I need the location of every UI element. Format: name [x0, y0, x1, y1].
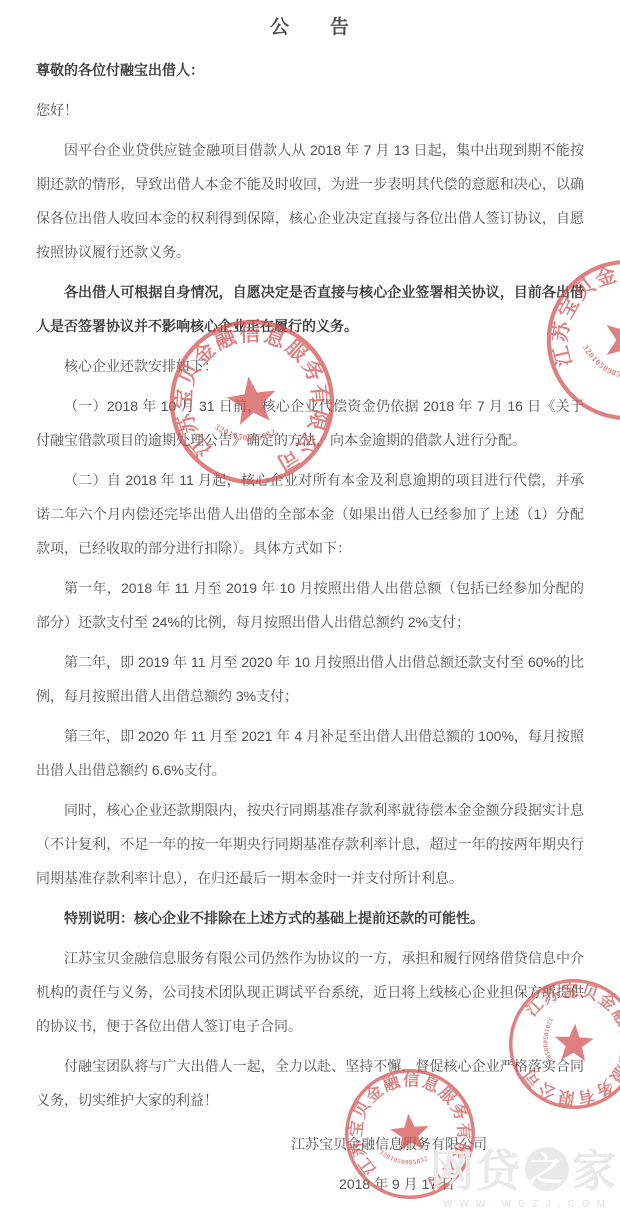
para-overview: 因平台企业贷供应链金融项目借款人从 2018 年 7 月 13 日起，集中出现到… [36, 133, 584, 269]
paragraph-list: 尊敬的各位付融宝出借人：您好！因平台企业贷供应链金融项目借款人从 2018 年 … [36, 53, 584, 1117]
announcement-page: 公 告 尊敬的各位付融宝出借人：您好！因平台企业贷供应链金融项目借款人从 201… [0, 0, 620, 1218]
site-watermark: 网贷之家 WWW.WDZJ.COM [430, 1147, 618, 1210]
para-company-role: 江苏宝贝金融信息服务有限公司仍然作为协议的一方，承担和履行网络借贷信息中介机构的… [36, 941, 584, 1043]
watermark-suffix: 家 [572, 1147, 618, 1196]
para-special-note: 特别说明：核心企业不排除在上述方式的基础上提前还款的可能性。 [36, 901, 584, 935]
document-title: 公 告 [36, 12, 584, 39]
para-interest: 同时，核心企业还款期限内，按央行同期基准存款利率就待偿本金金额分段据实计息（不计… [36, 793, 584, 895]
para-year-2: 第二年，即 2019 年 11 月至 2020 年 10 月按照出借人出借总额还… [36, 645, 584, 713]
para-plan-intro: 核心企业还款安排如下： [36, 349, 584, 383]
para-voluntary: 各出借人可根据自身情况，自愿决定是否直接与核心企业签署相关协议，目前各出借人是否… [36, 275, 584, 343]
para-year-1: 第一年，2018 年 11 月至 2019 年 10 月按照出借人出借总额（包括… [36, 571, 584, 639]
watermark-logo: 网贷之家 [430, 1147, 618, 1194]
watermark-circle-char: 之 [525, 1147, 569, 1191]
watermark-prefix: 网贷 [430, 1147, 522, 1196]
para-item-2: （二）自 2018 年 11 月起，核心企业对所有本金及利息逾期的项目进行代偿，… [36, 463, 584, 565]
para-closing: 付融宝团队将与广大出借人一起，全力以赴、坚持不懈，督促核心企业严格落实合同义务，… [36, 1049, 584, 1117]
salutation: 尊敬的各位付融宝出借人： [36, 53, 584, 87]
para-item-1: （一）2018 年 10 月 31 日前，核心企业代偿资金仍依据 2018 年 … [36, 389, 584, 457]
watermark-url: WWW.WDZJ.COM [430, 1199, 618, 1210]
para-year-3: 第三年，即 2020 年 11 月至 2021 年 4 月补足至出借人出借总额的… [36, 719, 584, 787]
document-content: 公 告 尊敬的各位付融宝出借人：您好！因平台企业贷供应链金融项目借款人从 201… [0, 0, 620, 1201]
greeting: 您好！ [36, 93, 584, 127]
